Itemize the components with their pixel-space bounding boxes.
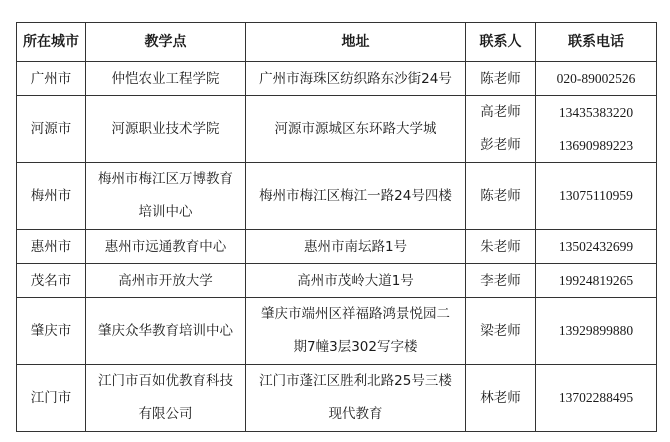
- table-row: 茂名市 高州市开放大学 高州市茂岭大道1号 李老师 19924819265: [17, 264, 657, 298]
- table-row: 惠州市 惠州市远通教育中心 惠州市南坛路1号 朱老师 13502432699: [17, 230, 657, 264]
- site-cell: 肇庆众华教育培训中心: [86, 298, 246, 365]
- address-line: 期7幢3层302写字楼: [250, 331, 461, 364]
- city-cell: 梅州市: [17, 163, 86, 230]
- header-phone: 联系电话: [536, 23, 657, 62]
- contact-cell: 高老师 彭老师: [466, 96, 536, 163]
- city-cell: 肇庆市: [17, 298, 86, 365]
- address-cell: 惠州市南坛路1号: [246, 230, 466, 264]
- header-row: 所在城市 教学点 地址 联系人 联系电话: [17, 23, 657, 62]
- phone-number: 13690989223: [540, 129, 652, 162]
- table-row: 江门市 江门市百如优教育科技 有限公司 江门市蓬江区胜利北路25号三楼 现代教育…: [17, 365, 657, 432]
- phone-cell: 19924819265: [536, 264, 657, 298]
- phone-cell: 020-89002526: [536, 62, 657, 96]
- table-row: 广州市 仲恺农业工程学院 广州市海珠区纺织路东沙街24号 陈老师 020-890…: [17, 62, 657, 96]
- header-contact: 联系人: [466, 23, 536, 62]
- city-cell: 河源市: [17, 96, 86, 163]
- site-cell: 高州市开放大学: [86, 264, 246, 298]
- address-line: 现代教育: [250, 398, 461, 431]
- phone-number: 13435383220: [540, 96, 652, 129]
- city-cell: 惠州市: [17, 230, 86, 264]
- city-cell: 广州市: [17, 62, 86, 96]
- city-cell: 茂名市: [17, 264, 86, 298]
- phone-cell: 13435383220 13690989223: [536, 96, 657, 163]
- address-line: 江门市蓬江区胜利北路25号三楼: [250, 365, 461, 398]
- contact-cell: 李老师: [466, 264, 536, 298]
- address-line: 肇庆市端州区祥福路鸿景悦园二: [250, 298, 461, 331]
- contact-cell: 林老师: [466, 365, 536, 432]
- phone-cell: 13929899880: [536, 298, 657, 365]
- header-address: 地址: [246, 23, 466, 62]
- address-cell: 高州市茂岭大道1号: [246, 264, 466, 298]
- table-row: 梅州市 梅州市梅江区万博教育 培训中心 梅州市梅江区梅江一路24号四楼 陈老师 …: [17, 163, 657, 230]
- address-cell: 梅州市梅江区梅江一路24号四楼: [246, 163, 466, 230]
- teaching-sites-table: 所在城市 教学点 地址 联系人 联系电话 广州市 仲恺农业工程学院 广州市海珠区…: [16, 22, 657, 432]
- site-cell: 梅州市梅江区万博教育 培训中心: [86, 163, 246, 230]
- phone-cell: 13502432699: [536, 230, 657, 264]
- contact-cell: 陈老师: [466, 163, 536, 230]
- address-cell: 江门市蓬江区胜利北路25号三楼 现代教育: [246, 365, 466, 432]
- contact-cell: 梁老师: [466, 298, 536, 365]
- address-cell: 河源市源城区东环路大学城: [246, 96, 466, 163]
- table-row: 肇庆市 肇庆众华教育培训中心 肇庆市端州区祥福路鸿景悦园二 期7幢3层302写字…: [17, 298, 657, 365]
- address-cell: 广州市海珠区纺织路东沙街24号: [246, 62, 466, 96]
- phone-cell: 13702288495: [536, 365, 657, 432]
- contact-cell: 陈老师: [466, 62, 536, 96]
- site-cell: 江门市百如优教育科技 有限公司: [86, 365, 246, 432]
- phone-cell: 13075110959: [536, 163, 657, 230]
- city-cell: 江门市: [17, 365, 86, 432]
- header-site: 教学点: [86, 23, 246, 62]
- address-cell: 肇庆市端州区祥福路鸿景悦园二 期7幢3层302写字楼: [246, 298, 466, 365]
- site-line: 梅州市梅江区万博教育: [90, 163, 241, 196]
- site-line: 江门市百如优教育科技: [90, 365, 241, 398]
- contact-cell: 朱老师: [466, 230, 536, 264]
- site-line: 培训中心: [90, 196, 241, 229]
- site-cell: 惠州市远通教育中心: [86, 230, 246, 264]
- contact-name: 高老师: [470, 96, 531, 129]
- site-cell: 仲恺农业工程学院: [86, 62, 246, 96]
- table-row: 河源市 河源职业技术学院 河源市源城区东环路大学城 高老师 彭老师 134353…: [17, 96, 657, 163]
- header-city: 所在城市: [17, 23, 86, 62]
- site-line: 有限公司: [90, 398, 241, 431]
- contact-name: 彭老师: [470, 129, 531, 162]
- site-cell: 河源职业技术学院: [86, 96, 246, 163]
